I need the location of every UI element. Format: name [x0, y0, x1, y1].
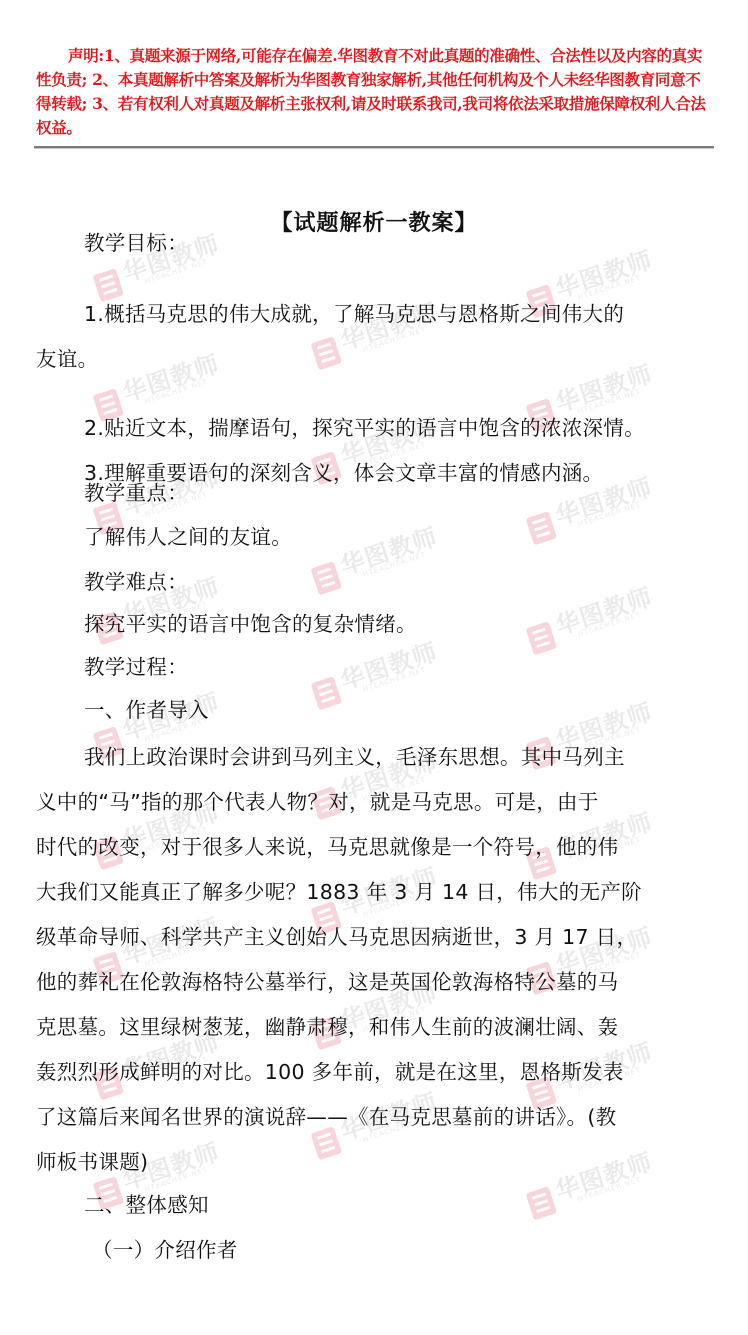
- paragraph-line: 他的葬礼在伦敦海格特公墓举行，这是英国伦敦海格特公墓的马: [36, 970, 726, 994]
- watermark-logo: 华图教师HTEACHER.NET: [86, 553, 247, 656]
- paragraph-line: 义中的“马”指的那个代表人物？对，就是马克思。可是，由于: [36, 790, 726, 814]
- paragraph-line: 师板书课题): [36, 1150, 726, 1174]
- subsection-heading: （一）介绍作者: [36, 1238, 748, 1262]
- paragraph-line: 了这篇后来闻名世界的演说辞——《在马克思墓前的讲话》。(教: [36, 1105, 726, 1129]
- goal-1-continued: 友谊。: [36, 347, 726, 371]
- paragraph-line: 时代的改变，对于很多人来说，马克思就像是一个符号，他的伟: [36, 835, 726, 859]
- watermark-sub: HTEACHER.NET: [577, 274, 642, 302]
- goal-1: 1.概括马克思的伟大成就，了解马克思与恩格斯之间伟大的: [36, 302, 748, 326]
- watermark-icon: [93, 268, 124, 302]
- heading-teaching-process: 教学过程：: [36, 655, 748, 679]
- key-point-text: 了解伟人之间的友谊。: [36, 525, 748, 549]
- paragraph-line: 大我们又能真正了解多少呢？1883 年 3 月 14 日，伟大的无产阶: [36, 880, 726, 904]
- paragraph-line: 轰烈烈形成鲜明的对比。100 多年前，就是在这里，恩格斯发表: [36, 1060, 726, 1084]
- section-1-heading: 一、作者导入: [36, 698, 748, 722]
- section-2-heading: 二、整体感知: [36, 1193, 748, 1217]
- header-divider: [34, 146, 714, 148]
- disclaimer-lead: 声明:: [68, 46, 104, 65]
- heading-difficulty: 教学难点：: [36, 570, 748, 594]
- heading-key-point: 教学重点：: [36, 481, 748, 505]
- difficulty-text: 探究平实的语言中饱含的复杂情绪。: [36, 612, 748, 636]
- heading-teaching-goals: 教学目标：: [36, 231, 748, 255]
- watermark-logo: 华图教师HTEACHER.NET: [304, 728, 465, 831]
- paragraph-line: 我们上政治课时会讲到马列主义，毛泽东思想。其中马列主: [36, 745, 748, 769]
- watermark-sub: HTEACHER.NET: [144, 378, 209, 406]
- disclaimer: 声明:1、真题来源于网络,可能存在偏差.华图教育不对此真题的准确性、合法性以及内…: [36, 44, 714, 140]
- paragraph-line: 克思墓。这里绿树葱茏，幽静肃穆，和伟人生前的波澜壮阔、轰: [36, 1015, 726, 1039]
- disclaimer-text: 1、真题来源于网络,可能存在偏差.华图教育不对此真题的准确性、合法性以及内容的真…: [36, 46, 706, 137]
- paragraph-line: 级革命导师、科学共产主义创始人马克思因病逝世，3 月 17 日，: [36, 925, 726, 949]
- watermark-sub: HTEACHER.NET: [144, 258, 209, 286]
- goal-2: 2.贴近文本，揣摩语句，探究平实的语言中饱含的浓浓深情。: [36, 416, 748, 440]
- watermark-sub: HTEACHER.NET: [577, 388, 642, 416]
